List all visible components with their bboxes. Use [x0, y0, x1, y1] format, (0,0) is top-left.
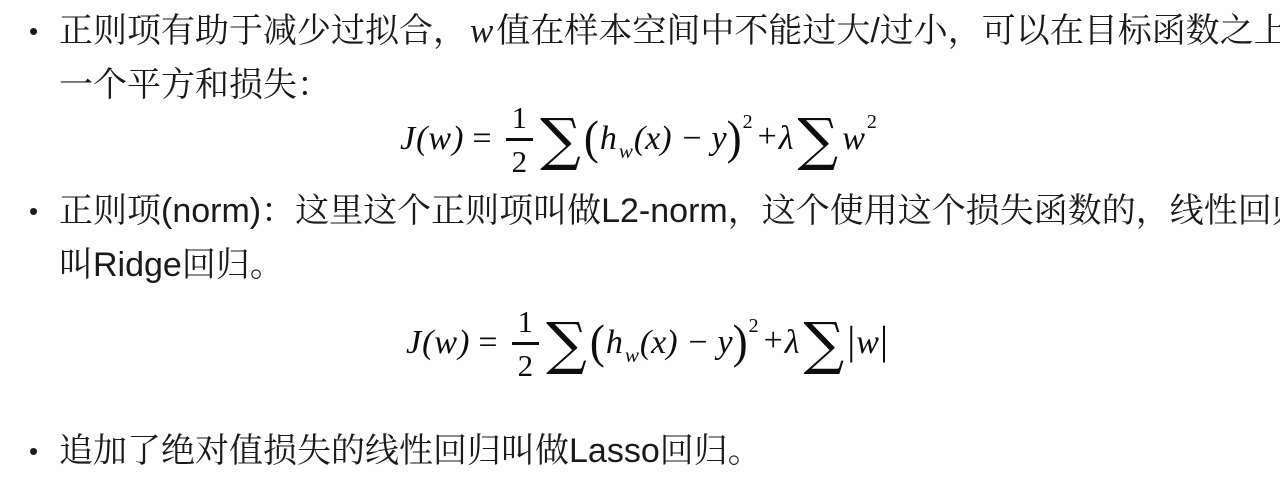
left-paren: ( [584, 114, 599, 161]
right-paren: ) [727, 114, 742, 161]
fraction-denominator: 2 [512, 141, 528, 177]
fraction-numerator: 1 [512, 305, 540, 345]
hypothesis-subscript: w [625, 345, 639, 366]
abs-bar-right: | [880, 321, 888, 361]
math-var-w: w [467, 11, 496, 50]
hypothesis-var: h [605, 326, 624, 360]
fraction-denominator: 2 [518, 345, 534, 381]
bullet-marker: • [26, 4, 59, 112]
bullet-marker: • [26, 424, 59, 478]
bullet-item-regularization-intro: • 正则项有助于减少过拟合，w值在样本空间中不能过大/过小，可以在目标函数之上增… [26, 4, 1280, 112]
hypothesis-var: h [599, 122, 618, 156]
summation-icon: ∑ [546, 322, 587, 366]
formula-lhs: J(w) [406, 326, 470, 360]
abs-bar-left: | [847, 321, 855, 361]
square-exponent: 2 [749, 316, 759, 336]
equals-sign: = [478, 326, 497, 360]
bullet1-line1-post: 值在样本空间中不能过大/过小，可以在目标函数之上增加 [496, 12, 1280, 50]
weight-var: w [841, 122, 866, 156]
summation-icon: ∑ [540, 118, 581, 162]
bullet-text: 正则项有助于减少过拟合，w值在样本空间中不能过大/过小，可以在目标函数之上增加 … [59, 4, 1280, 112]
lambda-symbol: λ [785, 326, 800, 360]
lasso-loss-formula: J(w) = 1 2 ∑ ( h w (x) − y ) 2 + λ ∑ | w… [406, 305, 888, 381]
weight-var: w [855, 326, 880, 360]
bullet2-line2: 叫Ridge回归。 [59, 238, 1280, 292]
plus-sign: + [764, 324, 783, 358]
equals-sign: = [472, 122, 491, 156]
bullet1-line1-pre: 正则项有助于减少过拟合， [59, 12, 467, 50]
bullet-marker: • [26, 184, 59, 292]
bullet1-line1: 正则项有助于减少过拟合，w值在样本空间中不能过大/过小，可以在目标函数之上增加 [59, 4, 1280, 58]
ridge-loss-formula: J(w) = 1 2 ∑ ( h w (x) − y ) 2 + λ ∑ w 2 [400, 101, 877, 177]
plus-sign: + [758, 120, 777, 154]
bullet-text: 追加了绝对值损失的线性回归叫做Lasso回归。 [59, 424, 762, 478]
summation-icon: ∑ [798, 118, 839, 162]
fraction-numerator: 1 [506, 101, 534, 141]
lambda-symbol: λ [779, 122, 794, 156]
hypothesis-subscript: w [619, 141, 633, 162]
weight-exponent: 2 [867, 112, 877, 132]
summation-icon: ∑ [804, 322, 845, 366]
bullet-item-lasso: • 追加了绝对值损失的线性回归叫做Lasso回归。 [26, 424, 762, 478]
bullet3-line1: 追加了绝对值损失的线性回归叫做Lasso回归。 [59, 424, 762, 478]
bullet2-line1: 正则项(norm)：这里这个正则项叫做L2-norm，这个使用这个损失函数的，线… [59, 184, 1280, 238]
formula-lhs: J(w) [400, 122, 464, 156]
fraction-one-half: 1 2 [506, 101, 534, 177]
right-paren: ) [733, 318, 748, 365]
left-paren: ( [590, 318, 605, 365]
bullet-text: 正则项(norm)：这里这个正则项叫做L2-norm，这个使用这个损失函数的，线… [59, 184, 1280, 292]
square-exponent: 2 [743, 112, 753, 132]
bullet-item-l2-norm: • 正则项(norm)：这里这个正则项叫做L2-norm，这个使用这个损失函数的… [26, 184, 1280, 292]
fraction-one-half: 1 2 [512, 305, 540, 381]
slide-page: • 正则项有助于减少过拟合，w值在样本空间中不能过大/过小，可以在目标函数之上增… [0, 0, 1280, 481]
formula-inner: (x) − y [634, 122, 727, 156]
formula-inner: (x) − y [640, 326, 733, 360]
